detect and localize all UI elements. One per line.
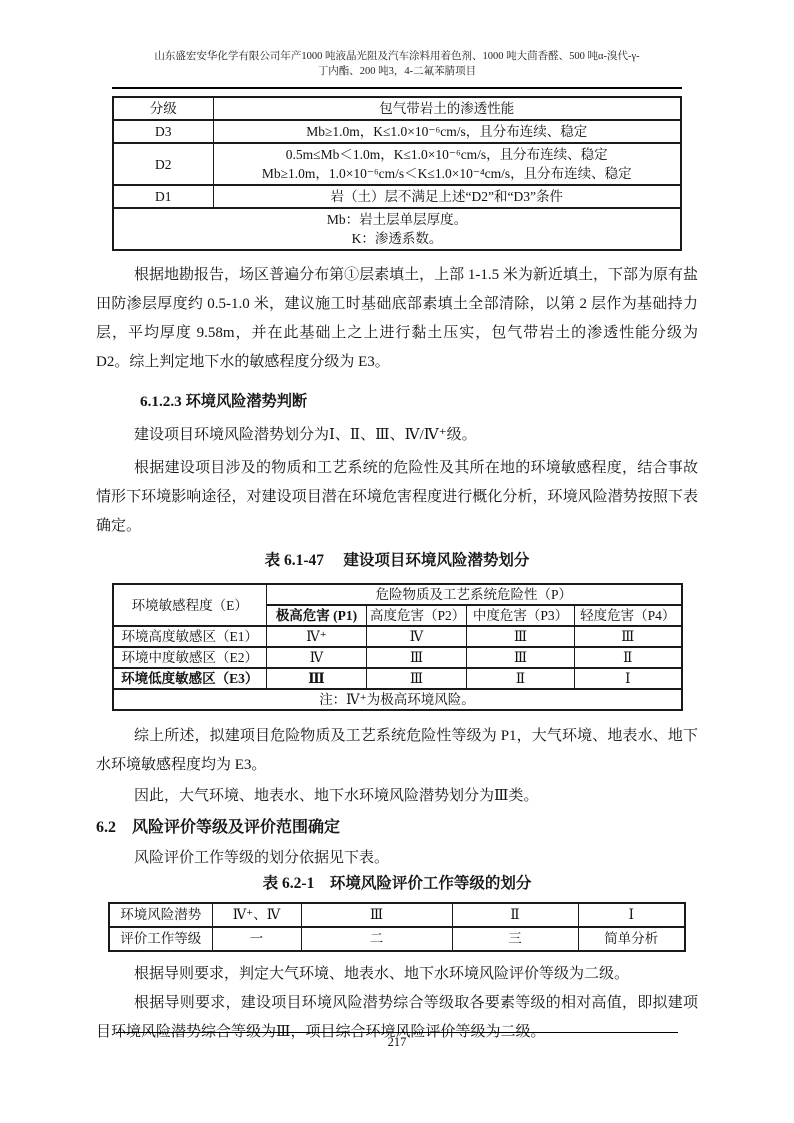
grade-row1-label: 环境风险潜势 [109, 903, 212, 927]
perm-desc-d2-line1: 0.5m≤Mb＜1.0m，K≤1.0×10⁻⁶cm/s，且分布连续、稳定 [217, 145, 678, 164]
paragraph-conclusion: 因此，大气环境、地表水、地下水环境风险潜势划分为Ⅲ类。 [96, 782, 698, 811]
pot-header-p3: 中度危害（P3） [467, 605, 575, 626]
grade-row1-c4: Ⅰ [578, 903, 685, 927]
perm-col-header-performance: 包气带岩土的渗透性能 [213, 97, 681, 120]
pot-row-e1-p3: Ⅲ [467, 626, 575, 647]
pot-row-e2-p2: Ⅲ [367, 647, 467, 668]
pot-header-sensitivity: 环境敏感程度（E） [113, 584, 267, 626]
evaluation-grade-table: 环境风险潜势 Ⅳ⁺、Ⅳ Ⅲ Ⅱ Ⅰ 评价工作等级 一 二 三 简单分析 [108, 902, 686, 952]
heading-6-1-2-3: 6.1.2.3 环境风险潜势判断 [96, 391, 698, 413]
pot-header-p4: 轻度危害（P4） [575, 605, 682, 626]
perm-grade-d2: D2 [113, 143, 213, 185]
paragraph-guideline1: 根据导则要求，判定大气环境、地表水、地下水环境风险评价等级为二级。 [96, 960, 698, 989]
pot-row-e2-p4: Ⅱ [575, 647, 682, 668]
table-caption-6-2-1: 表 6.2-1 环境风险评价工作等级的划分 [96, 874, 698, 894]
pot-row-e3-p1: Ⅲ [267, 668, 367, 689]
pot-header-hazard: 危险物质及工艺系统危险性（P） [267, 584, 682, 605]
heading-6-2: 6.2 风险评价等级及评价范围确定 [96, 816, 698, 840]
table-row: 环境敏感程度（E） 危险物质及工艺系统危险性（P） [113, 584, 682, 605]
perm-note-mb: Mb：岩土层单层厚度。 [117, 210, 677, 229]
grade-row2-c4: 简单分析 [578, 927, 685, 951]
paragraph-potential-basis: 根据建设项目涉及的物质和工艺系统的危险性及其所在地的环境敏感程度，结合事故情形下… [96, 454, 698, 541]
table-row: Mb：岩土层单层厚度。 K：渗透系数。 [113, 208, 681, 250]
pot-row-e1-label: 环境高度敏感区（E1） [113, 626, 267, 647]
table-row: 评价工作等级 一 二 三 简单分析 [109, 927, 685, 951]
pot-header-p2: 高度危害（P2） [367, 605, 467, 626]
pot-row-e1-p1: Ⅳ⁺ [267, 626, 367, 647]
perm-table-notes: Mb：岩土层单层厚度。 K：渗透系数。 [113, 208, 681, 250]
grade-row1-c3: Ⅱ [452, 903, 578, 927]
table-row: 环境高度敏感区（E1） Ⅳ⁺ Ⅳ Ⅲ Ⅲ [113, 626, 682, 647]
grade-row1-c2: Ⅲ [301, 903, 452, 927]
grade-row2-c3: 三 [452, 927, 578, 951]
grade-row1-c1: Ⅳ⁺、Ⅳ [212, 903, 301, 927]
perm-desc-d1: 岩（土）层不满足上述“D2”和“D3”条件 [213, 185, 681, 208]
header-title-line2: 丁内酯、200 吨3，4-二氟苯腈项目 [96, 64, 698, 79]
page-number: 217 [96, 1033, 698, 1050]
table-row: 环境中度敏感区（E2） Ⅳ Ⅲ Ⅲ Ⅱ [113, 647, 682, 668]
pot-row-e2-p1: Ⅳ [267, 647, 367, 668]
pot-row-e3-p2: Ⅲ [367, 668, 467, 689]
perm-col-header-grade: 分级 [113, 97, 213, 120]
pot-row-e3-p4: Ⅰ [575, 668, 682, 689]
document-page: 山东盛宏安华化学有限公司年产1000 吨液晶光阻及汽车涂料用着色剂、1000 吨… [0, 0, 794, 1123]
perm-grade-d3: D3 [113, 120, 213, 143]
table-row: 分级 包气带岩土的渗透性能 [113, 97, 681, 120]
grade-row2-c1: 一 [212, 927, 301, 951]
permeability-grading-table: 分级 包气带岩土的渗透性能 D3 Mb≥1.0m，K≤1.0×10⁻⁶cm/s，… [112, 96, 682, 251]
header-title-line1: 山东盛宏安华化学有限公司年产1000 吨液晶光阻及汽车涂料用着色剂、1000 吨… [96, 49, 698, 64]
perm-note-k: K：渗透系数。 [117, 229, 677, 248]
grade-row2-label: 评价工作等级 [109, 927, 212, 951]
table-row: 环境低度敏感区（E3） Ⅲ Ⅲ Ⅱ Ⅰ [113, 668, 682, 689]
perm-desc-d2-line2: Mb≥1.0m，1.0×10⁻⁶cm/s＜K≤1.0×10⁻⁴cm/s，且分布连… [217, 164, 678, 183]
pot-row-e2-p3: Ⅲ [467, 647, 575, 668]
pot-table-note: 注：Ⅳ⁺为极高环境风险。 [113, 689, 682, 710]
pot-row-e2-label: 环境中度敏感区（E2） [113, 647, 267, 668]
perm-grade-d1: D1 [113, 185, 213, 208]
paragraph-summary: 综上所述，拟建项目危险物质及工艺系统危险性等级为 P1，大气环境、地表水、地下水… [96, 722, 698, 780]
table-caption-6-1-47: 表 6.1-47 建设项目环境风险潜势划分 [96, 551, 698, 571]
perm-desc-d3: Mb≥1.0m，K≤1.0×10⁻⁶cm/s，且分布连续、稳定 [213, 120, 681, 143]
page-header: 山东盛宏安华化学有限公司年产1000 吨液晶光阻及汽车涂料用着色剂、1000 吨… [96, 0, 698, 79]
page-footer: 217 [96, 1032, 698, 1050]
paragraph-geology: 根据地勘报告，场区普遍分布第①层素填土，上部 1-1.5 米为新近填土，下部为原… [96, 261, 698, 377]
perm-desc-d2: 0.5m≤Mb＜1.0m，K≤1.0×10⁻⁶cm/s，且分布连续、稳定 Mb≥… [213, 143, 681, 185]
paragraph-grade-basis: 风险评价工作等级的划分依据见下表。 [96, 844, 698, 873]
pot-row-e1-p4: Ⅲ [575, 626, 682, 647]
grade-row2-c2: 二 [301, 927, 452, 951]
pot-row-e3-p3: Ⅱ [467, 668, 575, 689]
table-row: 环境风险潜势 Ⅳ⁺、Ⅳ Ⅲ Ⅱ Ⅰ [109, 903, 685, 927]
header-rule [112, 87, 682, 89]
pot-header-p1: 极高危害 (P1) [267, 605, 367, 626]
table-row: 注：Ⅳ⁺为极高环境风险。 [113, 689, 682, 710]
paragraph-potential-levels: 建设项目环境风险潜势划分为Ⅰ、Ⅱ、Ⅲ、Ⅳ/Ⅳ⁺级。 [96, 421, 698, 450]
risk-potential-table: 环境敏感程度（E） 危险物质及工艺系统危险性（P） 极高危害 (P1) 高度危害… [112, 583, 683, 711]
pot-row-e1-p2: Ⅳ [367, 626, 467, 647]
pot-row-e3-label: 环境低度敏感区（E3） [113, 668, 267, 689]
table-row: D1 岩（土）层不满足上述“D2”和“D3”条件 [113, 185, 681, 208]
table-row: D2 0.5m≤Mb＜1.0m，K≤1.0×10⁻⁶cm/s，且分布连续、稳定 … [113, 143, 681, 185]
table-row: D3 Mb≥1.0m，K≤1.0×10⁻⁶cm/s，且分布连续、稳定 [113, 120, 681, 143]
